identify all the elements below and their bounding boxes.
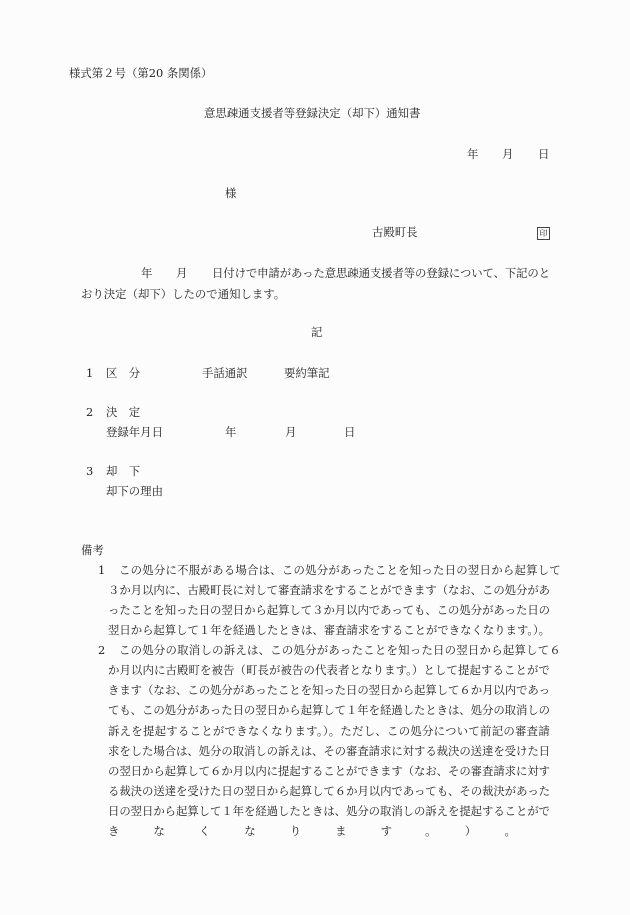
note-1-line: この処分に不服がある場合は、この処分があったことを知った日の翌日から起算して — [119, 563, 561, 577]
seal-icon: 印 — [537, 227, 550, 240]
option-summary-writing: 要約筆記 — [284, 366, 330, 380]
note-1-line: ったことを知った日の翌日から起算して３か月以内であっても、この処分があった日の — [108, 603, 550, 617]
note-1-line: 翌日から起算して１年を経過したときは、審査請求をすることができなくなります。）。 — [108, 623, 550, 637]
item-2-number: 2 — [86, 405, 93, 419]
note-2-line: きなくなります。）。 — [108, 824, 550, 838]
document-title: 意思疎通支援者等登録決定（却下）通知書 — [204, 106, 420, 120]
date-month: 月 — [502, 147, 513, 161]
note-2-line: の翌日から起算して６か月以内に提起することができます（なお、その審査請求に対す — [108, 764, 550, 778]
note-2-number: 2 — [98, 643, 105, 657]
note-2-line: 訴えを提起することができなくなります。）。ただし、この処分について前記の審査請 — [108, 724, 550, 738]
note-1-line: ３か月以内に、古殿町長に対して審査請求をすることができます（なお、この処分があ — [108, 583, 550, 597]
intro-month: 月 — [176, 266, 187, 280]
note-2-line: る裁決の送達を受けた日の翌日から起算して６か月以内であっても、その裁決があった — [108, 784, 550, 798]
note-2-line: この処分の取消しの訴えは、この処分があったことを知った日の翌日から起算して６ — [119, 643, 561, 657]
addressee-suffix: 様 — [225, 186, 236, 200]
item-1-number: 1 — [86, 366, 93, 380]
registration-day: 日 — [344, 425, 355, 439]
rejection-reason-label: 却下の理由 — [106, 484, 163, 498]
date-day: 日 — [538, 147, 549, 161]
intro-line1: 日付けで申請があった意思疎通支援者等の登録について、下記のと — [212, 266, 550, 280]
form-label: 様式第２号（第20 条関係） — [69, 66, 212, 80]
note-2-line: 求をした場合は、処分の取消しの訴えは、その審査請求に対する裁決の送達を受けた日 — [108, 744, 550, 758]
ki-heading: 記 — [311, 325, 322, 339]
registration-date-label: 登録年月日 — [106, 425, 163, 439]
note-2-line: 日の翌日から起算して１年を経過したときは、処分の取消しの訴えを提起することがで — [108, 804, 550, 818]
note-2-line: か月以内に古殿町を被告（町長が被告の代表者となります。）として提起することがで — [108, 663, 550, 677]
note-2-line: きます（なお、この処分があったことを知った日の翌日から起算して６か月以内であっ — [108, 683, 550, 697]
note-1-number: 1 — [98, 563, 105, 577]
item-3-number: 3 — [86, 464, 93, 478]
registration-month: 月 — [285, 425, 296, 439]
item-3-label: 却 下 — [106, 464, 140, 478]
option-sign-language: 手話通訳 — [202, 366, 248, 380]
registration-year: 年 — [225, 425, 236, 439]
item-1-label: 区 分 — [106, 366, 140, 380]
remarks-heading: 備考 — [81, 543, 104, 557]
date-year: 年 — [467, 147, 478, 161]
item-2-label: 決 定 — [106, 405, 140, 419]
intro-year: 年 — [141, 266, 152, 280]
intro-line2: おり決定（却下）したので通知します。 — [81, 287, 285, 301]
issuer-name: 古殿町長 — [372, 225, 418, 239]
note-2-line: ても、この処分があった日の翌日から起算して１年を経過したときは、処分の取消しの — [108, 703, 550, 717]
